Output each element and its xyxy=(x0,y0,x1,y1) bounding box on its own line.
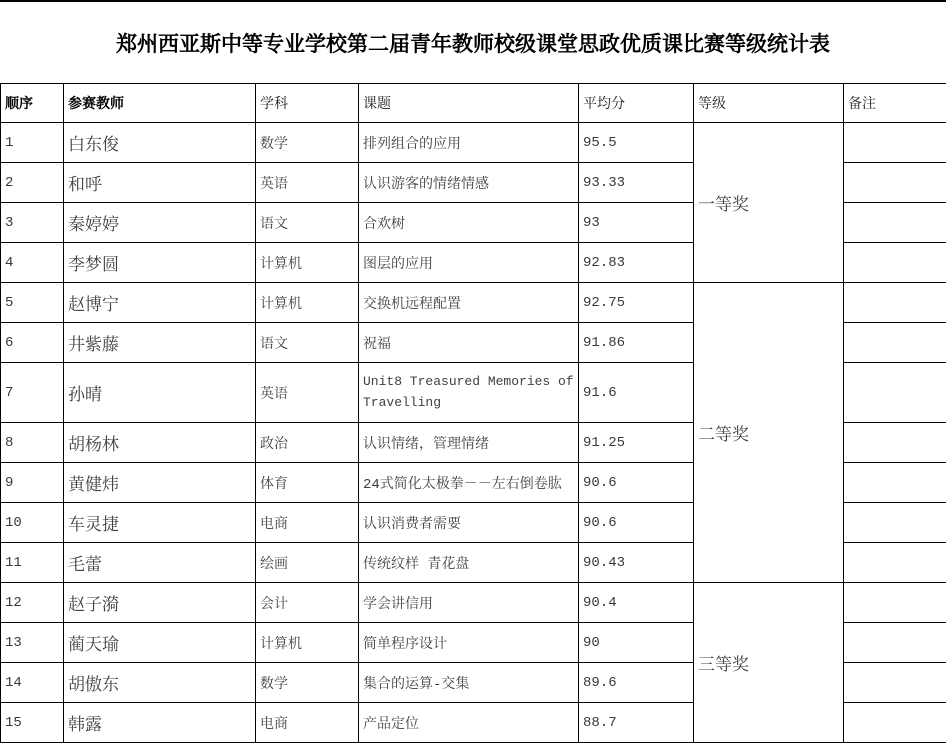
cell-topic: 交换机远程配置 xyxy=(359,283,579,323)
cell-remark xyxy=(844,163,946,203)
cell-topic: 简单程序设计 xyxy=(359,623,579,663)
cell-subject: 电商 xyxy=(256,703,359,743)
col-header-score: 平均分 xyxy=(579,84,694,123)
cell-topic: 传统纹样 青花盘 xyxy=(359,543,579,583)
cell-no: 3 xyxy=(1,203,64,243)
cell-score: 90.4 xyxy=(579,583,694,623)
cell-remark xyxy=(844,663,946,703)
cell-subject: 电商 xyxy=(256,503,359,543)
cell-subject: 英语 xyxy=(256,163,359,203)
col-header-remark: 备注 xyxy=(844,84,946,123)
cell-remark xyxy=(844,703,946,743)
cell-teacher: 胡杨林 xyxy=(64,423,256,463)
cell-teacher: 黄健炜 xyxy=(64,463,256,503)
cell-score: 89.6 xyxy=(579,663,694,703)
cell-topic: 排列组合的应用 xyxy=(359,123,579,163)
table-header: 顺序参赛教师学科课题平均分等级备注 xyxy=(1,84,946,123)
cell-teacher: 毛蕾 xyxy=(64,543,256,583)
cell-teacher: 李梦圆 xyxy=(64,243,256,283)
cell-teacher: 孙晴 xyxy=(64,363,256,423)
table-row: 1白东俊数学排列组合的应用95.5一等奖 xyxy=(1,123,946,163)
cell-no: 7 xyxy=(1,363,64,423)
cell-subject: 数学 xyxy=(256,123,359,163)
cell-no: 5 xyxy=(1,283,64,323)
col-header-subject: 学科 xyxy=(256,84,359,123)
cell-topic: 认识情绪，管理情绪 xyxy=(359,423,579,463)
cell-topic: 祝福 xyxy=(359,323,579,363)
cell-subject: 计算机 xyxy=(256,283,359,323)
header-row: 顺序参赛教师学科课题平均分等级备注 xyxy=(1,84,946,123)
cell-no: 10 xyxy=(1,503,64,543)
cell-no: 4 xyxy=(1,243,64,283)
title-block: 郑州西亚斯中等专业学校第二届青年教师校级课堂思政优质课比赛等级统计表 xyxy=(0,2,946,83)
page-title: 郑州西亚斯中等专业学校第二届青年教师校级课堂思政优质课比赛等级统计表 xyxy=(116,28,830,58)
grade-cell: 三等奖 xyxy=(694,583,844,743)
cell-remark xyxy=(844,463,946,503)
cell-score: 93.33 xyxy=(579,163,694,203)
cell-remark xyxy=(844,283,946,323)
cell-no: 12 xyxy=(1,583,64,623)
cell-subject: 政治 xyxy=(256,423,359,463)
cell-subject: 计算机 xyxy=(256,243,359,283)
cell-remark xyxy=(844,583,946,623)
cell-no: 1 xyxy=(1,123,64,163)
results-table: 顺序参赛教师学科课题平均分等级备注 1白东俊数学排列组合的应用95.5一等奖2和… xyxy=(0,83,946,743)
cell-teacher: 和呼 xyxy=(64,163,256,203)
cell-score: 92.83 xyxy=(579,243,694,283)
cell-teacher: 秦婷婷 xyxy=(64,203,256,243)
cell-no: 9 xyxy=(1,463,64,503)
cell-score: 93 xyxy=(579,203,694,243)
cell-remark xyxy=(844,423,946,463)
cell-teacher: 韩露 xyxy=(64,703,256,743)
cell-remark xyxy=(844,243,946,283)
cell-score: 90.6 xyxy=(579,503,694,543)
cell-no: 14 xyxy=(1,663,64,703)
cell-teacher: 井紫藤 xyxy=(64,323,256,363)
cell-subject: 语文 xyxy=(256,203,359,243)
cell-remark xyxy=(844,203,946,243)
cell-no: 8 xyxy=(1,423,64,463)
cell-subject: 语文 xyxy=(256,323,359,363)
cell-subject: 数学 xyxy=(256,663,359,703)
table-row: 12赵子漪会计学会讲信用90.4三等奖 xyxy=(1,583,946,623)
cell-subject: 计算机 xyxy=(256,623,359,663)
cell-topic: 合欢树 xyxy=(359,203,579,243)
cell-subject: 绘画 xyxy=(256,543,359,583)
cell-subject: 英语 xyxy=(256,363,359,423)
table-body: 1白东俊数学排列组合的应用95.5一等奖2和呼英语认识游客的情绪情感93.333… xyxy=(1,123,946,743)
cell-score: 91.25 xyxy=(579,423,694,463)
cell-topic: 学会讲信用 xyxy=(359,583,579,623)
cell-remark xyxy=(844,543,946,583)
cell-score: 90.43 xyxy=(579,543,694,583)
grade-cell: 一等奖 xyxy=(694,123,844,283)
cell-no: 13 xyxy=(1,623,64,663)
cell-no: 11 xyxy=(1,543,64,583)
cell-topic: 24式简化太极拳－－左右倒卷肱 xyxy=(359,463,579,503)
cell-teacher: 白东俊 xyxy=(64,123,256,163)
cell-score: 88.7 xyxy=(579,703,694,743)
cell-subject: 会计 xyxy=(256,583,359,623)
col-header-no: 顺序 xyxy=(1,84,64,123)
cell-topic: 图层的应用 xyxy=(359,243,579,283)
cell-score: 91.6 xyxy=(579,363,694,423)
document-sheet: 郑州西亚斯中等专业学校第二届青年教师校级课堂思政优质课比赛等级统计表 顺序参赛教… xyxy=(0,0,946,744)
cell-teacher: 赵子漪 xyxy=(64,583,256,623)
col-header-teacher: 参赛教师 xyxy=(64,84,256,123)
cell-topic: 认识消费者需要 xyxy=(359,503,579,543)
cell-teacher: 赵博宁 xyxy=(64,283,256,323)
cell-teacher: 胡傲东 xyxy=(64,663,256,703)
cell-topic: 集合的运算-交集 xyxy=(359,663,579,703)
cell-no: 6 xyxy=(1,323,64,363)
table-row: 5赵博宁计算机交换机远程配置92.75二等奖 xyxy=(1,283,946,323)
cell-no: 15 xyxy=(1,703,64,743)
cell-topic: 认识游客的情绪情感 xyxy=(359,163,579,203)
col-header-topic: 课题 xyxy=(359,84,579,123)
cell-topic: Unit8 Treasured Memories of Travelling xyxy=(359,363,579,423)
cell-remark xyxy=(844,123,946,163)
cell-remark xyxy=(844,623,946,663)
grade-cell: 二等奖 xyxy=(694,283,844,583)
cell-score: 92.75 xyxy=(579,283,694,323)
cell-teacher: 车灵捷 xyxy=(64,503,256,543)
cell-remark xyxy=(844,363,946,423)
cell-no: 2 xyxy=(1,163,64,203)
cell-topic: 产品定位 xyxy=(359,703,579,743)
cell-score: 91.86 xyxy=(579,323,694,363)
cell-remark xyxy=(844,323,946,363)
col-header-grade: 等级 xyxy=(694,84,844,123)
cell-remark xyxy=(844,503,946,543)
cell-score: 90.6 xyxy=(579,463,694,503)
cell-score: 95.5 xyxy=(579,123,694,163)
cell-teacher: 蔺天瑜 xyxy=(64,623,256,663)
cell-score: 90 xyxy=(579,623,694,663)
cell-subject: 体育 xyxy=(256,463,359,503)
